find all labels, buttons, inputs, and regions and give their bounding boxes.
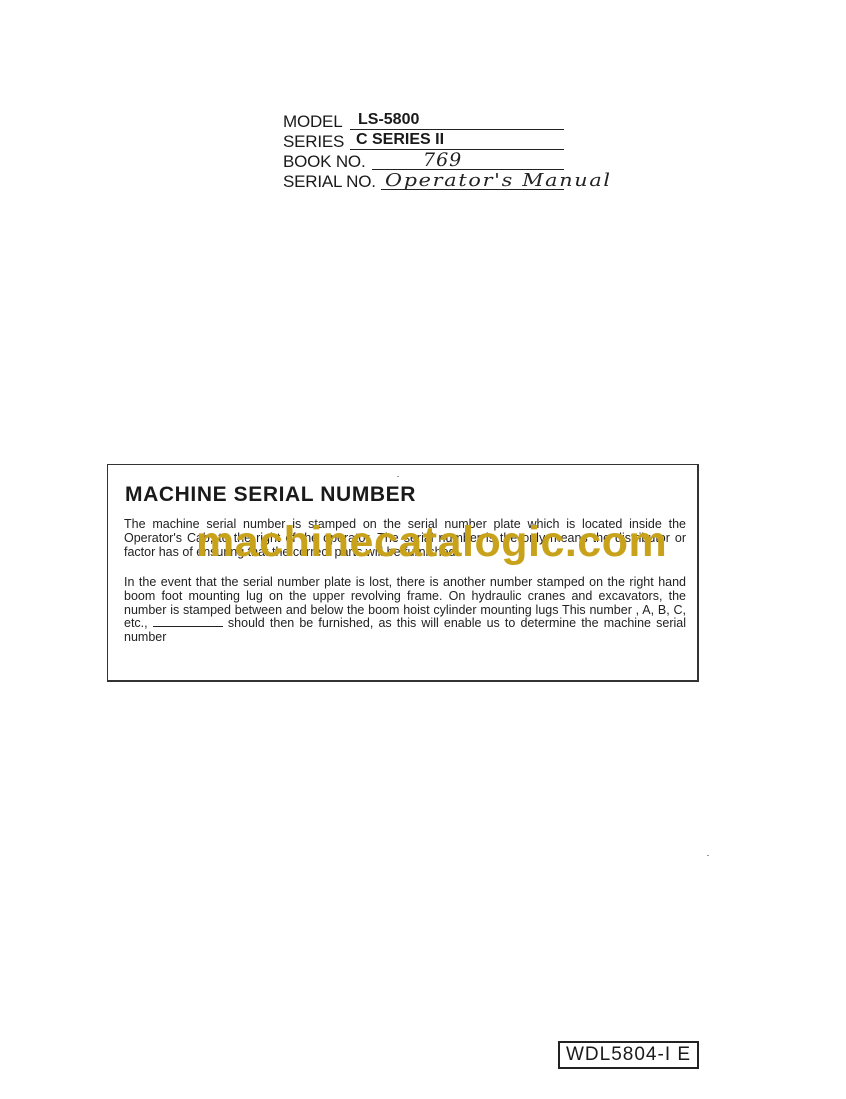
fill-in-blank (153, 617, 223, 627)
model-value: LS-5800 (358, 110, 419, 130)
scan-speck (707, 855, 709, 856)
model-label: MODEL (283, 112, 342, 132)
serial-no-label: SERIAL NO. (283, 172, 376, 192)
document-number: WDL5804-I E (558, 1041, 699, 1069)
serial-no-row: SERIAL NO. Operator's Manual (283, 172, 623, 192)
scan-speck (397, 476, 399, 477)
book-no-value: 769 (423, 150, 462, 170)
book-no-label: BOOK NO. (283, 152, 365, 172)
serial-number-notice-box: MACHINE SERIAL NUMBER The machine serial… (107, 464, 699, 682)
manual-info-form: MODEL LS-5800 SERIES C SERIES II BOOK NO… (283, 112, 623, 192)
series-value: C SERIES II (356, 130, 444, 150)
serial-no-value: Operator's Manual (385, 171, 612, 191)
model-row: MODEL LS-5800 (283, 112, 623, 132)
notice-paragraph-2: In the event that the serial number plat… (124, 576, 686, 645)
notice-title: MACHINE SERIAL NUMBER (125, 483, 416, 507)
watermark: machinecatalogic.com (196, 518, 667, 567)
book-no-row: BOOK NO. 769 (283, 152, 623, 172)
series-label: SERIES (283, 132, 344, 152)
